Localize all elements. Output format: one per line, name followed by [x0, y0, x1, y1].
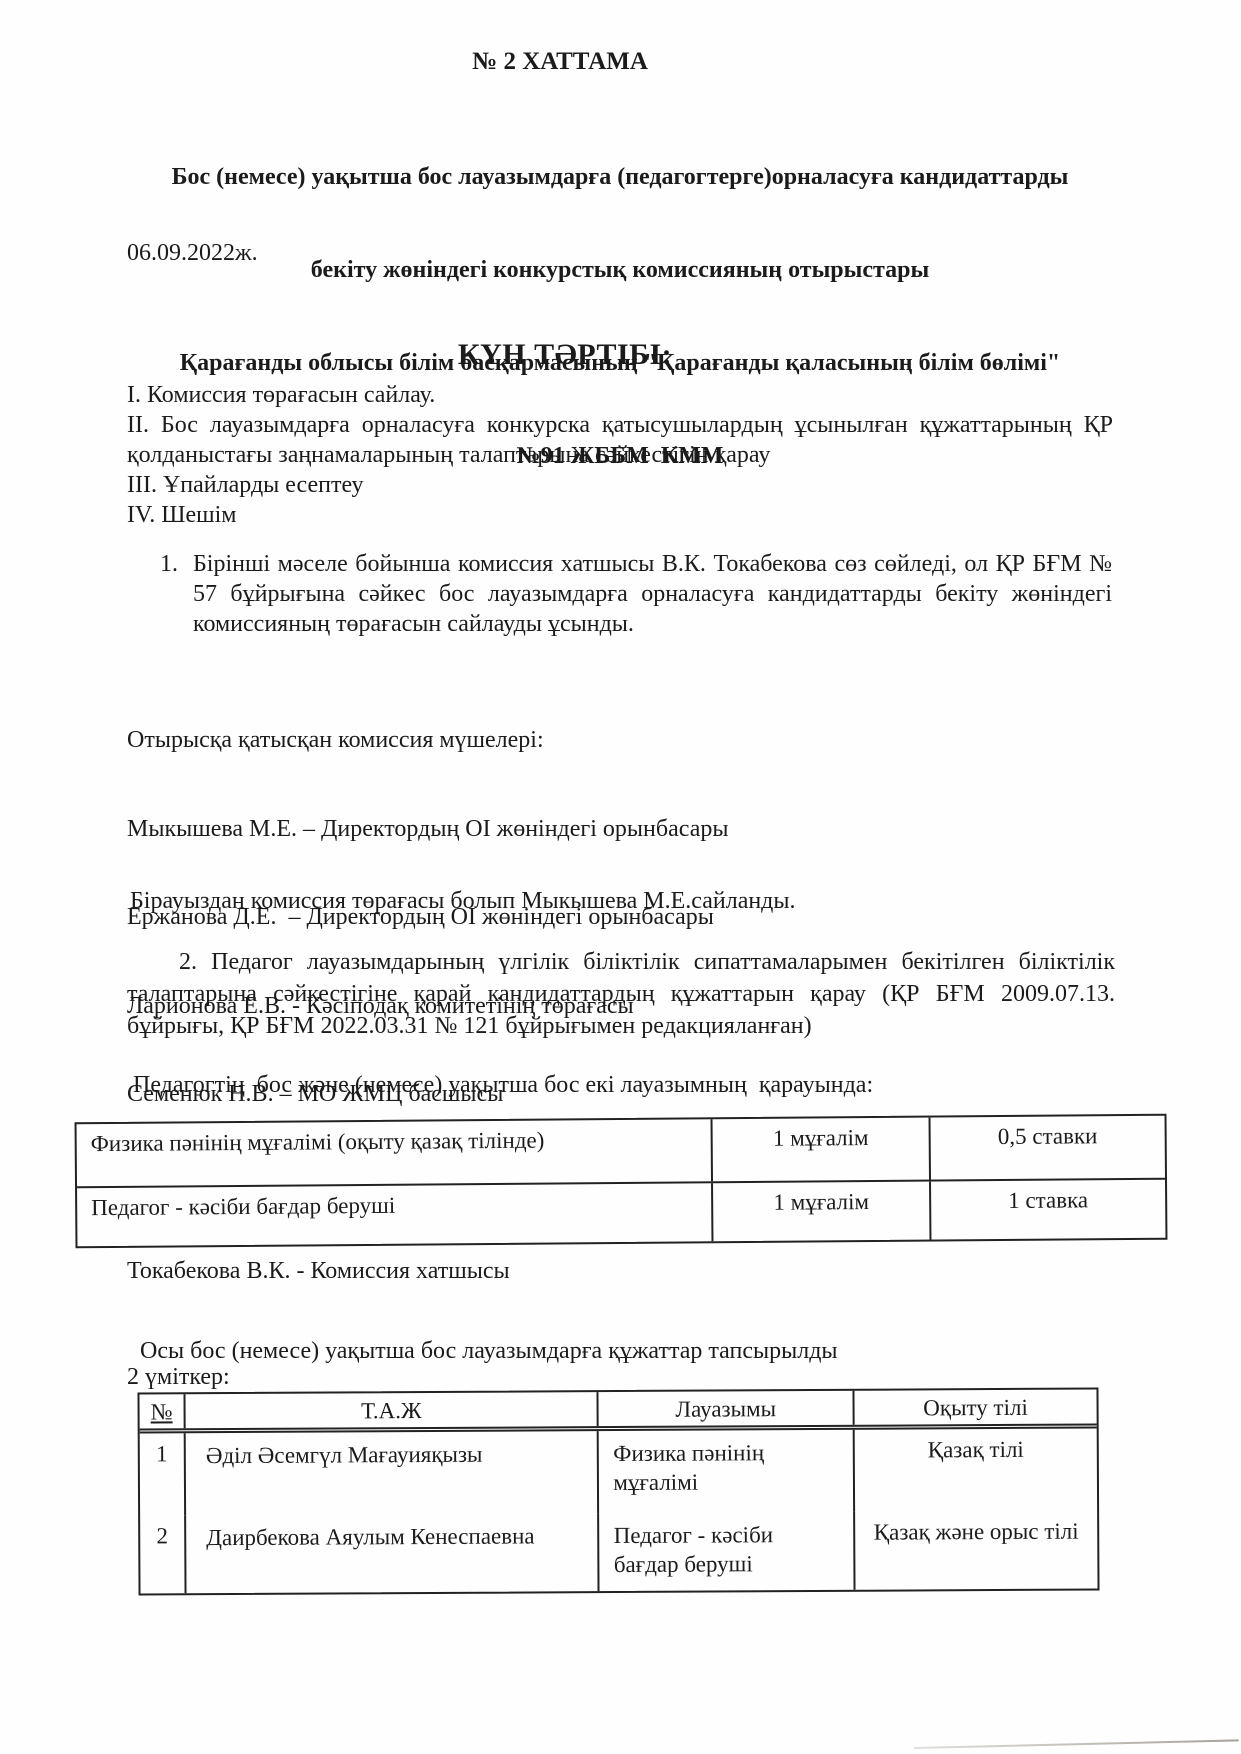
- vacancy-count: 1 мұғалім: [711, 1182, 929, 1242]
- agenda-item-3: III. Ұпайларды есептеу: [127, 470, 1113, 500]
- member-line: Токабекова В.К. - Комиссия хатшысы: [127, 1257, 729, 1287]
- table-row: 1 Әділ Әсемгүл Мағауияқызы Физика пәніні…: [140, 1428, 1097, 1515]
- members-intro: Отырысқа қатысқан комиссия мүшелері:: [127, 726, 729, 756]
- candidate-position: Педагог - кәсіби бағдар беруші: [598, 1512, 854, 1591]
- vacancy-rate: 0,5 ставки: [928, 1116, 1165, 1180]
- table-row: Физика пәнінің мұғалімі (оқыту қазақ тіл…: [77, 1116, 1165, 1187]
- vacancy-position: Физика пәнінің мұғалімі (оқыту қазақ тіл…: [77, 1119, 712, 1186]
- agenda-item-1: I. Комиссия төрағасын сайлау.: [127, 380, 1113, 410]
- candidate-language: Қазақ және орыс тілі: [853, 1510, 1097, 1589]
- table-row: 2 Даирбекова Аяулым Кенеспаевна Педагог …: [140, 1510, 1097, 1593]
- agenda-title: КҮН ТӘРТІБІ:: [0, 338, 1130, 372]
- resolution-item-1-text: Бірінші мәселе бойынша комиссия хатшысы …: [193, 549, 1112, 639]
- candidate-number: 1: [140, 1433, 184, 1515]
- list-number: 1.: [160, 549, 178, 579]
- candidate-language: Қазақ тілі: [853, 1428, 1097, 1511]
- candidate-position: Физика пәнінің мұғалімі: [597, 1430, 853, 1513]
- agenda-item-2: II. Бос лауазымдарға орналасуға конкурск…: [127, 410, 1113, 470]
- document-date: 06.09.2022ж.: [127, 240, 258, 267]
- vacancies-intro: Педагогтің бос және (немесе) уақытша бос…: [133, 1072, 873, 1099]
- vacancy-count: 1 мұғалім: [711, 1118, 929, 1182]
- candidates-table: № Т.А.Ж Лауазымы Оқыту тілі 1 Әділ Әсемг…: [137, 1387, 1099, 1595]
- submissions-line-2: 2 үміткер:: [127, 1364, 230, 1391]
- vacancy-rate: 1 ставка: [929, 1180, 1166, 1240]
- resolution-item-1: 1. Бірінші мәселе бойынша комиссия хатшы…: [160, 549, 1112, 639]
- subtitle-line: Бос (немесе) уақытша бос лауазымдарға (п…: [30, 162, 1210, 193]
- document-page: № 2 ХАТТАМА Бос (немесе) уақытша бос лау…: [0, 0, 1241, 1754]
- member-line: Мыкышева М.Е. – Директордың ОІ жөніндегі…: [127, 815, 729, 845]
- candidate-name: Әділ Әсемгүл Мағауияқызы: [184, 1431, 598, 1515]
- vacancies-table: Физика пәнінің мұғалімі (оқыту қазақ тіл…: [75, 1114, 1168, 1249]
- header-language: Оқыту тілі: [852, 1389, 1096, 1424]
- submissions-line-1: Осы бос (немесе) уақытша бос лауазымдарғ…: [140, 1338, 838, 1365]
- agenda-list: I. Комиссия төрағасын сайлау. II. Бос ла…: [127, 380, 1113, 530]
- table-row: Педагог - кәсіби бағдар беруші 1 мұғалім…: [77, 1178, 1165, 1247]
- page-title: № 2 ХАТТАМА: [0, 48, 1120, 76]
- table-header-row: № Т.А.Ж Лауазымы Оқыту тілі: [139, 1389, 1096, 1433]
- scan-artifact-line: [914, 1739, 1239, 1749]
- election-result: Бірауыздан комиссия төрағасы болып Мыкыш…: [130, 888, 796, 915]
- vacancy-position: Педагог - кәсіби бағдар беруші: [77, 1183, 712, 1246]
- header-name: Т.А.Ж: [184, 1392, 598, 1428]
- agenda-item-4: IV. Шешім: [127, 500, 1113, 530]
- candidate-number: 2: [140, 1515, 184, 1593]
- header-position: Лауазымы: [597, 1391, 853, 1426]
- candidate-name: Даирбекова Аяулым Кенеспаевна: [184, 1513, 598, 1593]
- resolution-item-2-text: 2. Педагог лауазымдарының үлгілік білікт…: [127, 946, 1115, 1042]
- header-number: №: [139, 1394, 183, 1428]
